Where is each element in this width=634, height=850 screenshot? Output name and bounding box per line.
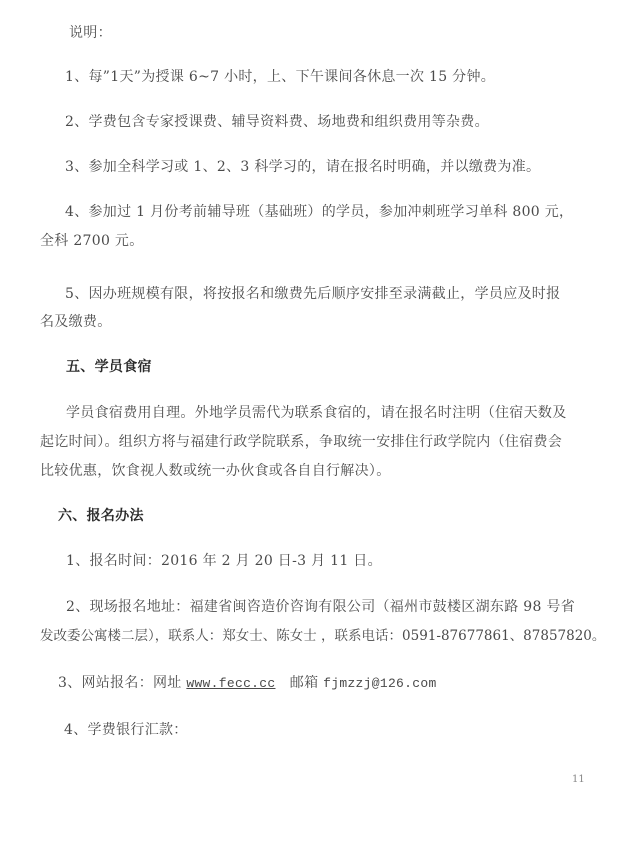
section6-item-4: 4、学费银行汇款： <box>64 721 188 739</box>
item3-prefix: 3、网站报名：网址 <box>58 675 186 691</box>
item3-mid: 邮箱 <box>275 675 323 691</box>
note-item-3: 3、参加全科学习或 1、2、3 科学习的，请在报名时明确，并以缴费为准。 <box>65 158 540 176</box>
section5-line-2: 起讫时间）。组织方将与福建行政学院联系，争取统一安排住行政学院内（住宿费会 <box>40 433 562 451</box>
email-address: fjmzzj@126.com <box>323 676 436 691</box>
note-item-4: 4、参加过 1 月份考前辅导班（基础班）的学员，参加冲刺班学习单科 800 元， <box>65 203 573 221</box>
section5-line-3: 比较优惠，饮食视人数或统一办伙食或各自自行解决）。 <box>40 462 391 480</box>
section6-item-2-cont: 发改委公寓楼二层），联系人：郑女士、陈女士 ，联系电话：0591-8767786… <box>40 627 605 645</box>
section6-item-3: 3、网站报名：网址 www.fecc.cc 邮箱 fjmzzj@126.com <box>58 674 437 693</box>
section6-item-2: 2、现场报名地址：福建省闽咨造价咨询有限公司（福州市鼓楼区湖东路 98 号省 <box>66 598 575 616</box>
section5-line-1: 学员食宿费用自理。外地学员需代为联系食宿的，请在报名时注明（住宿天数及 <box>66 404 567 422</box>
section6-item-1: 1、报名时间：2016 年 2 月 20 日-3 月 11 日。 <box>66 552 382 570</box>
note-item-1: 1、每”1天”为授课 6~7 小时，上、下午课间各休息一次 15 分钟。 <box>65 68 495 86</box>
page-number: 11 <box>572 774 585 785</box>
note-item-5: 5、因办班规模有限，将按报名和缴费先后顺序安排至录满截止，学员应及时报 <box>65 285 560 303</box>
section5-heading: 五、学员食宿 <box>66 358 152 376</box>
section6-heading: 六、报名办法 <box>58 507 144 525</box>
note-item-2: 2、学费包含专家授课费、辅导资料费、场地费和组织费用等杂费。 <box>65 113 489 131</box>
note-item-5-cont: 名及缴费。 <box>40 313 112 331</box>
notes-title: 说明： <box>69 24 112 42</box>
note-item-4-cont: 全科 2700 元。 <box>40 232 144 250</box>
website-link[interactable]: www.fecc.cc <box>186 676 275 691</box>
